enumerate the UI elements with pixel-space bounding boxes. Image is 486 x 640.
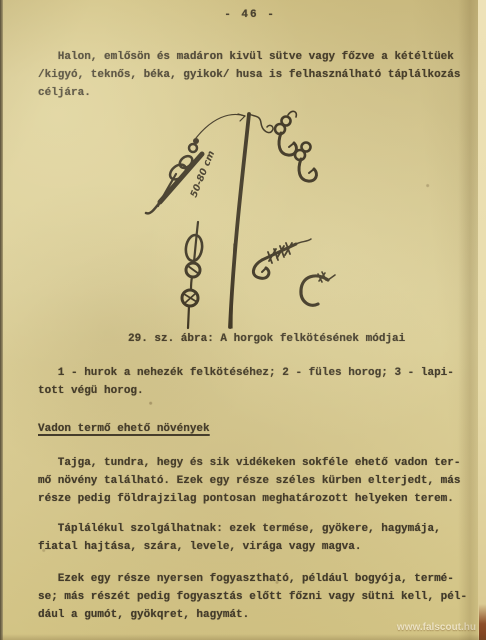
- lashed-hook-drawing: [253, 239, 311, 278]
- page-number: - 46 -: [38, 6, 462, 24]
- section-heading: Vadon termő ehető növények: [38, 420, 462, 438]
- arrow-annotation: [196, 114, 245, 138]
- figure-measure-label: 50-80 cm: [189, 149, 218, 199]
- toggle-knot-drawing: [146, 138, 202, 213]
- loop-knots-drawing: [182, 222, 204, 328]
- fishing-line-drawing: [230, 114, 273, 328]
- scan-edge-right-light: [478, 0, 486, 640]
- paragraph-plants-intro: Tajga, tundra, hegy és sik vidékeken sok…: [38, 454, 462, 508]
- paragraph-raw-cooked: Ezek egy része nyersen fogyasztható, pél…: [38, 570, 462, 624]
- figure-29-drawing: 50-80 cm: [38, 102, 462, 330]
- hooks-illustration: 50-80 cm: [130, 102, 340, 330]
- line-end-squiggle: [249, 114, 273, 133]
- scan-edge-bottom: [0, 634, 486, 640]
- scan-edge-right-shade: [458, 0, 478, 640]
- figure-legend: 1 - hurok a nehezék felkötéséhez; 2 - fü…: [38, 364, 462, 400]
- scanned-page: - 46 - Halon, emlősön és madáron kivül s…: [0, 0, 486, 640]
- paragraph-intro: Halon, emlősön és madáron kivül sütve va…: [38, 48, 462, 102]
- scan-edge-left: [0, 0, 3, 640]
- paragraph-food-parts: Táplálékul szolgálhatnak: ezek termése, …: [38, 520, 462, 556]
- figure-caption: 29. sz. ábra: A horgok felkötésének módj…: [128, 330, 462, 348]
- small-hook-drawing: [301, 272, 335, 305]
- eyed-hooks-drawing: [275, 111, 316, 181]
